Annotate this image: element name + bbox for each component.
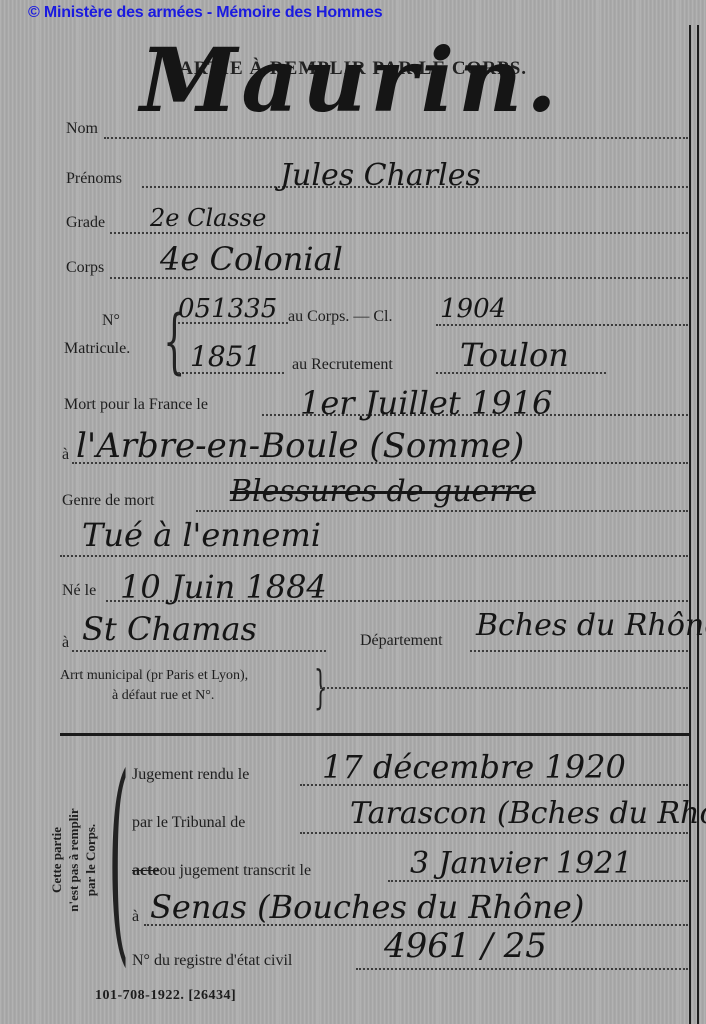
lieu-transcrit-value: Senas (Bouches du Rhône) (150, 888, 584, 926)
tribunal-label: par le Tribunal de (132, 814, 245, 832)
right-border-rule (697, 25, 699, 1024)
registre-label: N° du registre d'état civil (132, 952, 292, 970)
registre-value: 4961 / 25 (384, 926, 547, 966)
classe-line (436, 324, 688, 326)
matricule-no-label: N° (102, 312, 120, 330)
prenoms-value: Jules Charles (280, 158, 481, 193)
prenoms-label: Prénoms (66, 170, 122, 188)
side-note-line: Cette partie (48, 770, 65, 950)
lieu-naissance-line (72, 650, 326, 652)
lieu-mort-value: l'Arbre-en-Boule (Somme) (76, 426, 524, 466)
arrondissement-label-line1: Arrt municipal (pr Paris et Lyon), (60, 668, 248, 684)
arrondissement-label-line2: à défaut rue et N°. (112, 688, 214, 704)
registre-line (356, 968, 688, 970)
jugement-rendu-label: Jugement rendu le (132, 766, 249, 784)
arrondissement-line (320, 687, 688, 689)
nom-label: Nom (66, 120, 98, 138)
lieu-mort-label: à (62, 446, 69, 464)
grade-label: Grade (66, 214, 105, 232)
au-corps-label: au Corps. — Cl. (288, 308, 392, 326)
side-note-line: par le Corps. (82, 770, 99, 950)
corps-label: Corps (66, 259, 104, 277)
matricule-corps-number: 051335 (178, 294, 277, 324)
form-reference-code: 101-708-1922. [26434] (95, 988, 236, 1004)
lieu-transcrit-label: à (132, 908, 139, 926)
genre-mort-label: Genre de mort (62, 492, 154, 510)
departement-label: Département (360, 632, 443, 650)
section-divider (60, 733, 690, 736)
naissance-value: 10 Juin 1884 (120, 568, 327, 606)
tribunal-line (300, 832, 688, 834)
side-note-line: n'est pas à remplir (65, 770, 82, 950)
transcrit-value: 3 Janvier 1921 (410, 846, 632, 881)
classe-value: 1904 (440, 294, 506, 324)
genre-mort-line-2 (60, 555, 688, 557)
jugement-brace: ( (108, 748, 129, 968)
genre-mort-line (196, 510, 688, 512)
genre-mort-struck-value: Blessures de guerre (230, 474, 536, 509)
grade-value: 2e Classe (150, 204, 266, 232)
au-recrutement-label: au Recrutement (292, 356, 393, 374)
jugement-rendu-value: 17 décembre 1920 (322, 748, 626, 786)
tribunal-value: Tarascon (Bches du Rhône) (350, 796, 706, 831)
genre-mort-value: Tué à l'ennemi (82, 516, 321, 554)
right-border-rule (689, 25, 691, 1024)
transcrit-label: ou jugement transcrit le (160, 862, 312, 879)
matricule-recrutement-number: 1851 (190, 340, 261, 373)
recrutement-value: Toulon (460, 336, 569, 374)
transcrit-struck-prefix: acte (132, 862, 160, 879)
nom-value: Maurin. (140, 28, 561, 132)
lieu-naissance-label: à (62, 634, 69, 652)
lieu-naissance-value: St Chamas (82, 610, 257, 648)
copyright-watermark: © Ministère des armées - Mémoire des Hom… (28, 4, 382, 22)
naissance-label: Né le (62, 582, 96, 600)
departement-value: Bches du Rhône (476, 608, 706, 643)
nom-line (104, 137, 688, 139)
transcrit-label-wrap: acteou jugement transcrit le (132, 862, 311, 880)
matricule-label: Matricule. (64, 340, 130, 358)
departement-line (470, 650, 688, 652)
grade-line (110, 232, 688, 234)
mort-label: Mort pour la France le (64, 396, 208, 414)
mort-value: 1er Juillet 1916 (300, 384, 552, 422)
corps-value: 4e Colonial (160, 240, 343, 278)
